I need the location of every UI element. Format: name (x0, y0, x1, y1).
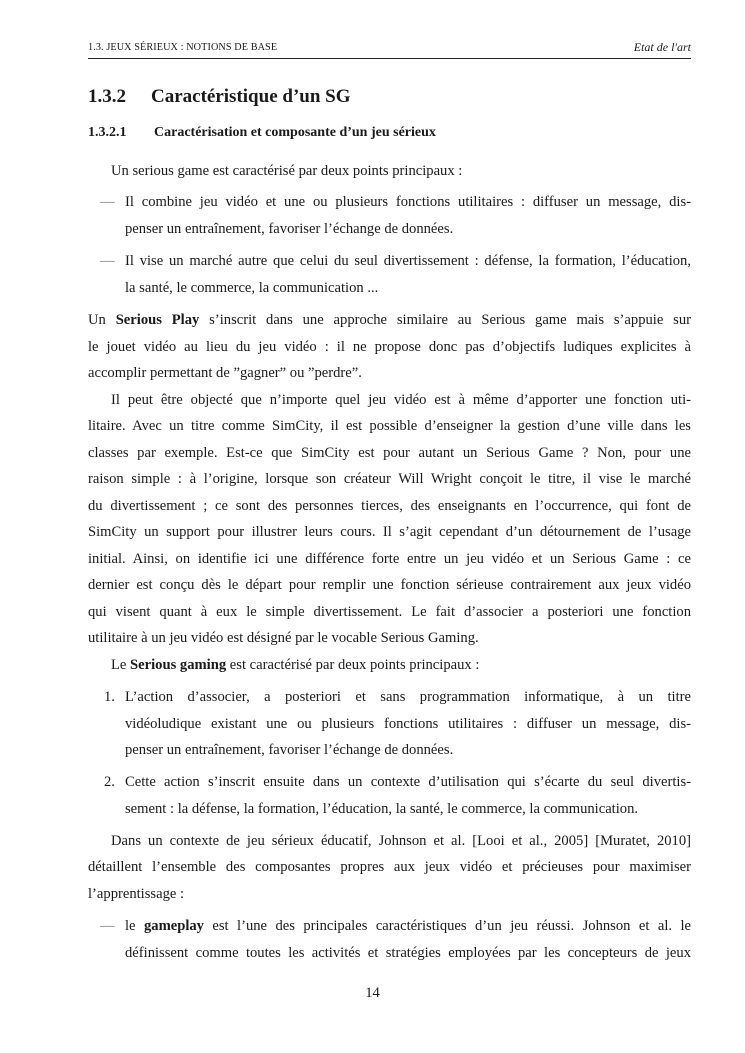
simcity-line-8: dernier est conçu dès le départ pour rem… (88, 576, 691, 594)
sg-gaming-1-line-2: vidéoludique existant une ou plusieurs f… (125, 715, 691, 733)
sg-point-1-line-1: Il combine jeu vidéo et une ou plusieurs… (125, 193, 691, 211)
sg-gaming-1-line-3: penser un entraînement, favoriser l’écha… (125, 741, 691, 759)
term-gameplay: gameplay (144, 918, 204, 934)
list-number: 1. (104, 688, 115, 706)
dash-bullet-icon: — (100, 917, 115, 935)
simcity-line-10: utilitaire à un jeu vidéo est désigné pa… (88, 629, 691, 647)
simcity-line-9: qui visent quant à eux le simple diverti… (88, 603, 691, 621)
serious-play-line-2: le jouet vidéo au lieu du jeu vidéo : il… (88, 338, 691, 356)
text: Un (88, 312, 116, 328)
list-number: 2. (104, 773, 115, 791)
sg-point-1-line-2: penser un entraînement, favoriser l’écha… (125, 220, 691, 238)
subsection-number: 1.3.2.1 (88, 125, 154, 141)
section-heading: 1.3.2Caractéristique d’un SG (88, 86, 351, 108)
intro-paragraph: Un serious game est caractérisé par deux… (111, 162, 462, 180)
text: est caractérisé par deux points principa… (226, 657, 479, 673)
dash-bullet-icon: — (100, 252, 115, 270)
simcity-line-4: raison simple : à l’origine, lorsque son… (88, 470, 691, 488)
simcity-line-6: SimCity un support pour illustrer leurs … (88, 523, 691, 541)
dash-bullet-icon: — (100, 193, 115, 211)
text: Le (111, 657, 130, 673)
sg-point-2-line-2: la santé, le commerce, la communication … (125, 279, 691, 297)
sg-gaming-2-line-2: sement : la défense, la formation, l’édu… (125, 800, 691, 818)
serious-play-line-1: Un Serious Play s’inscrit dans une appro… (88, 311, 691, 329)
sg-gaming-2-line-1: Cette action s’inscrit ensuite dans un c… (125, 773, 691, 791)
subsection-heading: 1.3.2.1Caractérisation et composante d’u… (88, 125, 436, 141)
running-head: 1.3. JEUX SÉRIEUX : NOTIONS DE BASE Etat… (88, 40, 691, 59)
gameplay-line-1: le gameplay est l’une des principales ca… (125, 917, 691, 935)
term-serious-gaming: Serious gaming (130, 657, 226, 673)
page-number: 14 (0, 985, 745, 1002)
simcity-line-5: du divertissement ; ce sont des personne… (88, 497, 691, 515)
simcity-line-2: litaire. Avec un titre comme SimCity, il… (88, 417, 691, 435)
simcity-line-7: initial. Ainsi, on identifie ici une dif… (88, 550, 691, 568)
document-page: 1.3. JEUX SÉRIEUX : NOTIONS DE BASE Etat… (0, 0, 745, 1053)
gameplay-line-2: définissent comme toutes les activités e… (125, 944, 691, 962)
serious-play-line-3: accomplir permettant de ”gagner” ou ”per… (88, 364, 691, 382)
text: le (125, 918, 144, 934)
serious-gaming-intro: Le Serious gaming est caractérisé par de… (111, 656, 479, 674)
text: est l’une des principales caractéristiqu… (204, 918, 691, 934)
johnson-line-3: l’apprentissage : (88, 885, 691, 903)
sg-gaming-1-line-1: L’action d’associer, a posteriori et san… (125, 688, 691, 706)
sg-point-2-line-1: Il vise un marché autre que celui du seu… (125, 252, 691, 270)
johnson-line-1: Dans un contexte de jeu sérieux éducatif… (111, 832, 691, 850)
section-number: 1.3.2 (88, 86, 151, 108)
subsection-title: Caractérisation et composante d’un jeu s… (154, 125, 436, 140)
text: s’inscrit dans une approche similaire au… (199, 312, 691, 328)
johnson-line-2: détaillent l’ensemble des composantes pr… (88, 858, 691, 876)
simcity-line-1: Il peut être objecté que n’importe quel … (111, 391, 691, 409)
term-serious-play: Serious Play (116, 312, 200, 328)
running-head-part: Etat de l'art (634, 40, 691, 55)
section-title: Caractéristique d’un SG (151, 86, 351, 107)
simcity-line-3: classes par exemple. Est-ce que SimCity … (88, 444, 691, 462)
running-head-chapter: 1.3. JEUX SÉRIEUX : NOTIONS DE BASE (88, 42, 277, 53)
